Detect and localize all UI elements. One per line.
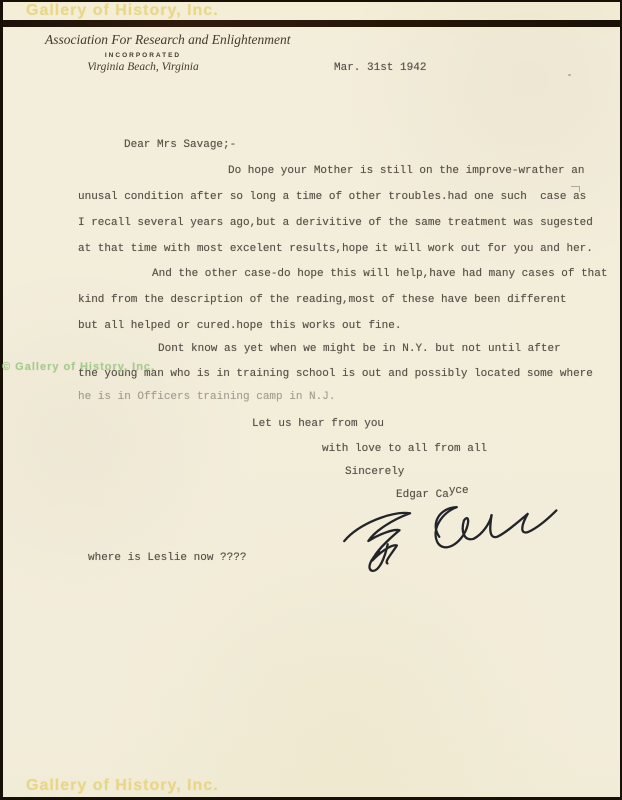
letter-date: Mar. 31st 1942 (334, 62, 426, 74)
watermark-top: Gallery of History, Inc. (26, 2, 219, 20)
body-line: the young man who is in training school … (78, 368, 593, 380)
salutation: Dear Mrs Savage;- (124, 139, 236, 151)
closing-line: Sincerely (345, 466, 404, 478)
body-line: I recall several years ago,but a derivit… (78, 217, 593, 229)
letterhead-location: Virginia Beach, Virginia (45, 61, 241, 73)
stray-mark (571, 186, 580, 192)
scan-edge-left (0, 0, 3, 800)
body-line: kind from the description of the reading… (78, 294, 566, 306)
letter-scan-page: Gallery of History, Inc. Association For… (0, 0, 622, 800)
body-line: but all helped or cured.hope this works … (78, 320, 401, 332)
letterhead-organization: Association For Research and Enlightenme… (45, 32, 241, 48)
scan-edge-top (0, 0, 622, 2)
body-line: unusal condition after so long a time of… (78, 191, 586, 203)
edgar-cayce-signature (329, 482, 567, 585)
stray-dot (568, 74, 571, 76)
closing-line: Let us hear from you (252, 418, 384, 430)
letterhead: Association For Research and Enlightenme… (45, 32, 241, 73)
body-line: Dont know as yet when we might be in N.Y… (158, 343, 561, 355)
body-line: And the other case-do hope this will hel… (152, 268, 607, 280)
letterhead-incorporated: INCORPORATED (45, 52, 241, 59)
body-line-faded: he is in Officers training camp in N.J. (78, 391, 335, 403)
body-line: Do hope your Mother is still on the impr… (228, 165, 584, 177)
photo-top-edge-band (0, 20, 622, 27)
postscript: where is Leslie now ???? (88, 552, 246, 564)
watermark-bottom: Gallery of History, Inc. (26, 777, 219, 795)
body-line: at that time with most excelent results,… (78, 243, 593, 255)
closing-line: with love to all from all (322, 443, 487, 455)
